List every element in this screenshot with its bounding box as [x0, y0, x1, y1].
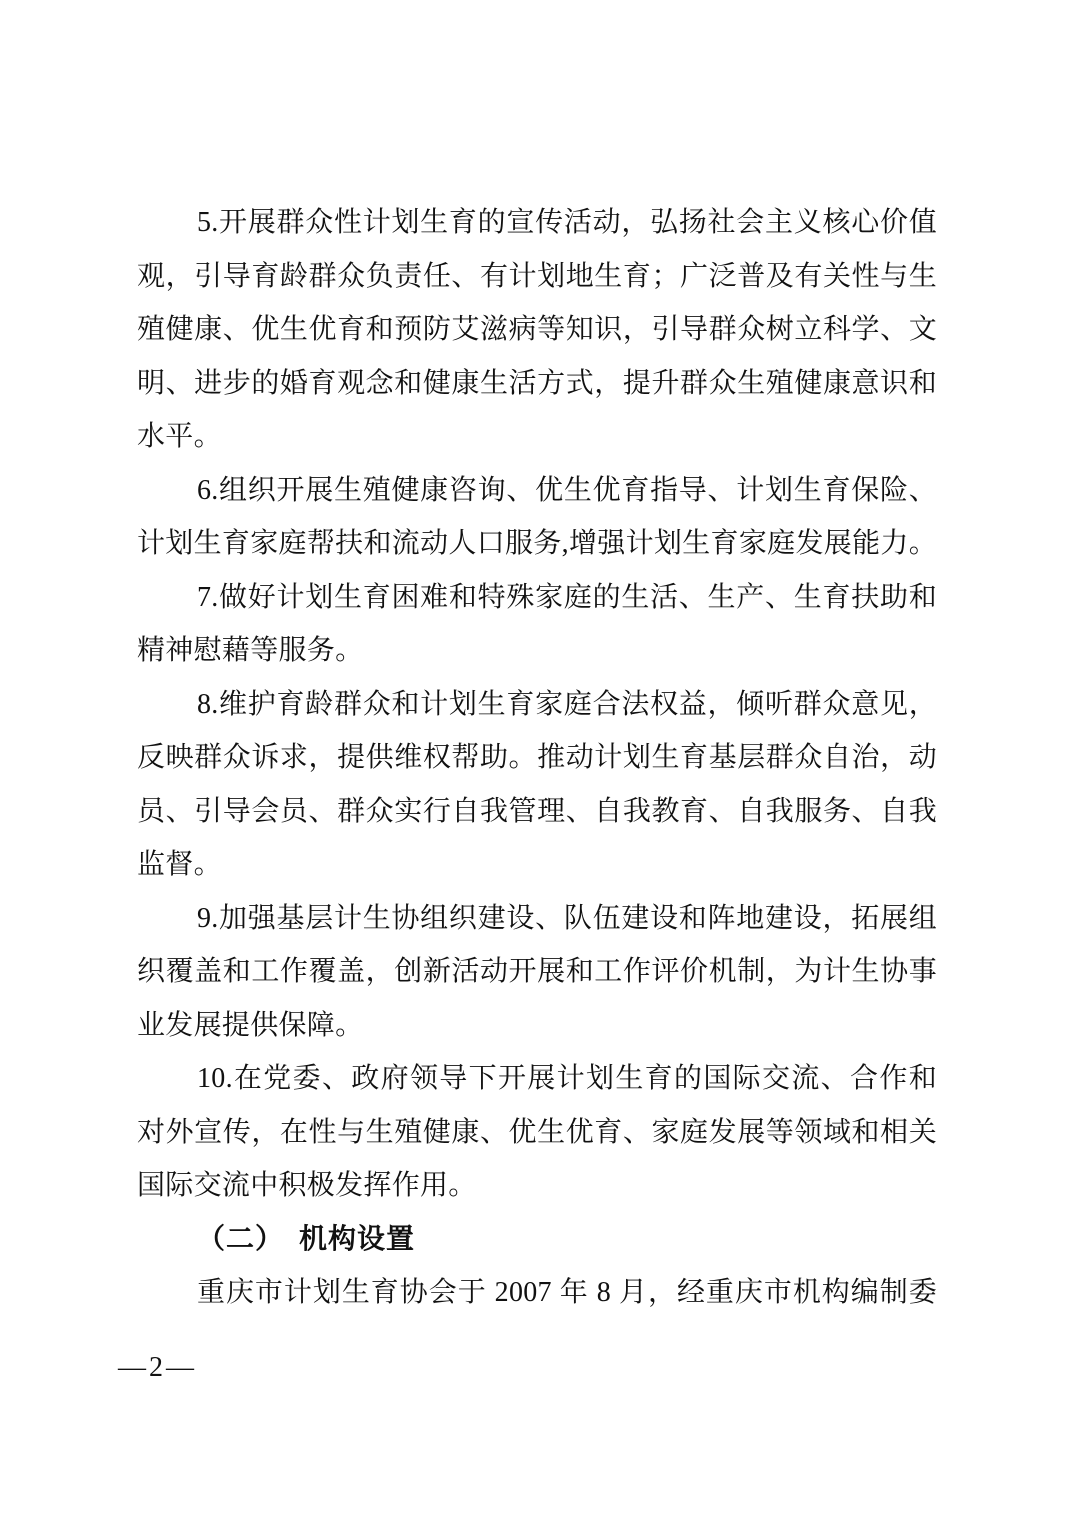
text-line: 国际交流中积极发挥作用。: [137, 1159, 937, 1213]
paragraph: 6.组织开展生殖健康咨询、优生优育指导、计划生育保险、计划生育家庭帮扶和流动人口…: [137, 464, 937, 571]
text-line: 员、引导会员、群众实行自我管理、自我教育、自我服务、自我: [137, 785, 937, 839]
text-line: 业发展提供保障。: [137, 999, 937, 1053]
text-line: 织覆盖和工作覆盖，创新活动开展和工作评价机制，为计生协事: [137, 945, 937, 999]
paragraph: 7.做好计划生育困难和特殊家庭的生活、生产、生育扶助和精神慰藉等服务。: [137, 571, 937, 678]
paragraph: 9.加强基层计生协组织建设、队伍建设和阵地建设，拓展组织覆盖和工作覆盖，创新活动…: [137, 892, 937, 1053]
text-line: 6.组织开展生殖健康咨询、优生优育指导、计划生育保险、: [137, 464, 937, 518]
paragraph: 8.维护育龄群众和计划生育家庭合法权益，倾听群众意见，反映群众诉求，提供维权帮助…: [137, 678, 937, 892]
text-line: 观，引导育龄群众负责任、有计划地生育；广泛普及有关性与生: [137, 250, 937, 304]
text-line: 精神慰藉等服务。: [137, 624, 937, 678]
text-line: （二） 机构设置: [137, 1213, 937, 1267]
text-line: 殖健康、优生优育和预防艾滋病等知识，引导群众树立科学、文: [137, 303, 937, 357]
paragraph: 10.在党委、政府领导下开展计划生育的国际交流、合作和对外宣传，在性与生殖健康、…: [137, 1052, 937, 1213]
text-line: 9.加强基层计生协组织建设、队伍建设和阵地建设，拓展组: [137, 892, 937, 946]
text-line: 水平。: [137, 410, 937, 464]
text-line: 监督。: [137, 838, 937, 892]
section-heading: （二） 机构设置: [137, 1213, 937, 1267]
document-body: 5.开展群众性计划生育的宣传活动，弘扬社会主义核心价值观，引导育龄群众负责任、有…: [137, 196, 937, 1320]
text-line: 7.做好计划生育困难和特殊家庭的生活、生产、生育扶助和: [137, 571, 937, 625]
paragraph: 重庆市计划生育协会于 2007 年 8 月，经重庆市机构编制委: [137, 1266, 937, 1320]
text-line: 对外宣传，在性与生殖健康、优生优育、家庭发展等领域和相关: [137, 1106, 937, 1160]
text-line: 明、进步的婚育观念和健康生活方式，提升群众生殖健康意识和: [137, 357, 937, 411]
page-number: —2—: [118, 1348, 197, 1388]
text-line: 反映群众诉求，提供维权帮助。推动计划生育基层群众自治，动: [137, 731, 937, 785]
document-page: 5.开展群众性计划生育的宣传活动，弘扬社会主义核心价值观，引导育龄群众负责任、有…: [0, 0, 1074, 1520]
text-line: 重庆市计划生育协会于 2007 年 8 月，经重庆市机构编制委: [137, 1266, 937, 1320]
text-line: 10.在党委、政府领导下开展计划生育的国际交流、合作和: [137, 1052, 937, 1106]
paragraph: 5.开展群众性计划生育的宣传活动，弘扬社会主义核心价值观，引导育龄群众负责任、有…: [137, 196, 937, 464]
text-line: 计划生育家庭帮扶和流动人口服务,增强计划生育家庭发展能力。: [137, 517, 937, 571]
text-line: 5.开展群众性计划生育的宣传活动，弘扬社会主义核心价值: [137, 196, 937, 250]
text-line: 8.维护育龄群众和计划生育家庭合法权益，倾听群众意见，: [137, 678, 937, 732]
